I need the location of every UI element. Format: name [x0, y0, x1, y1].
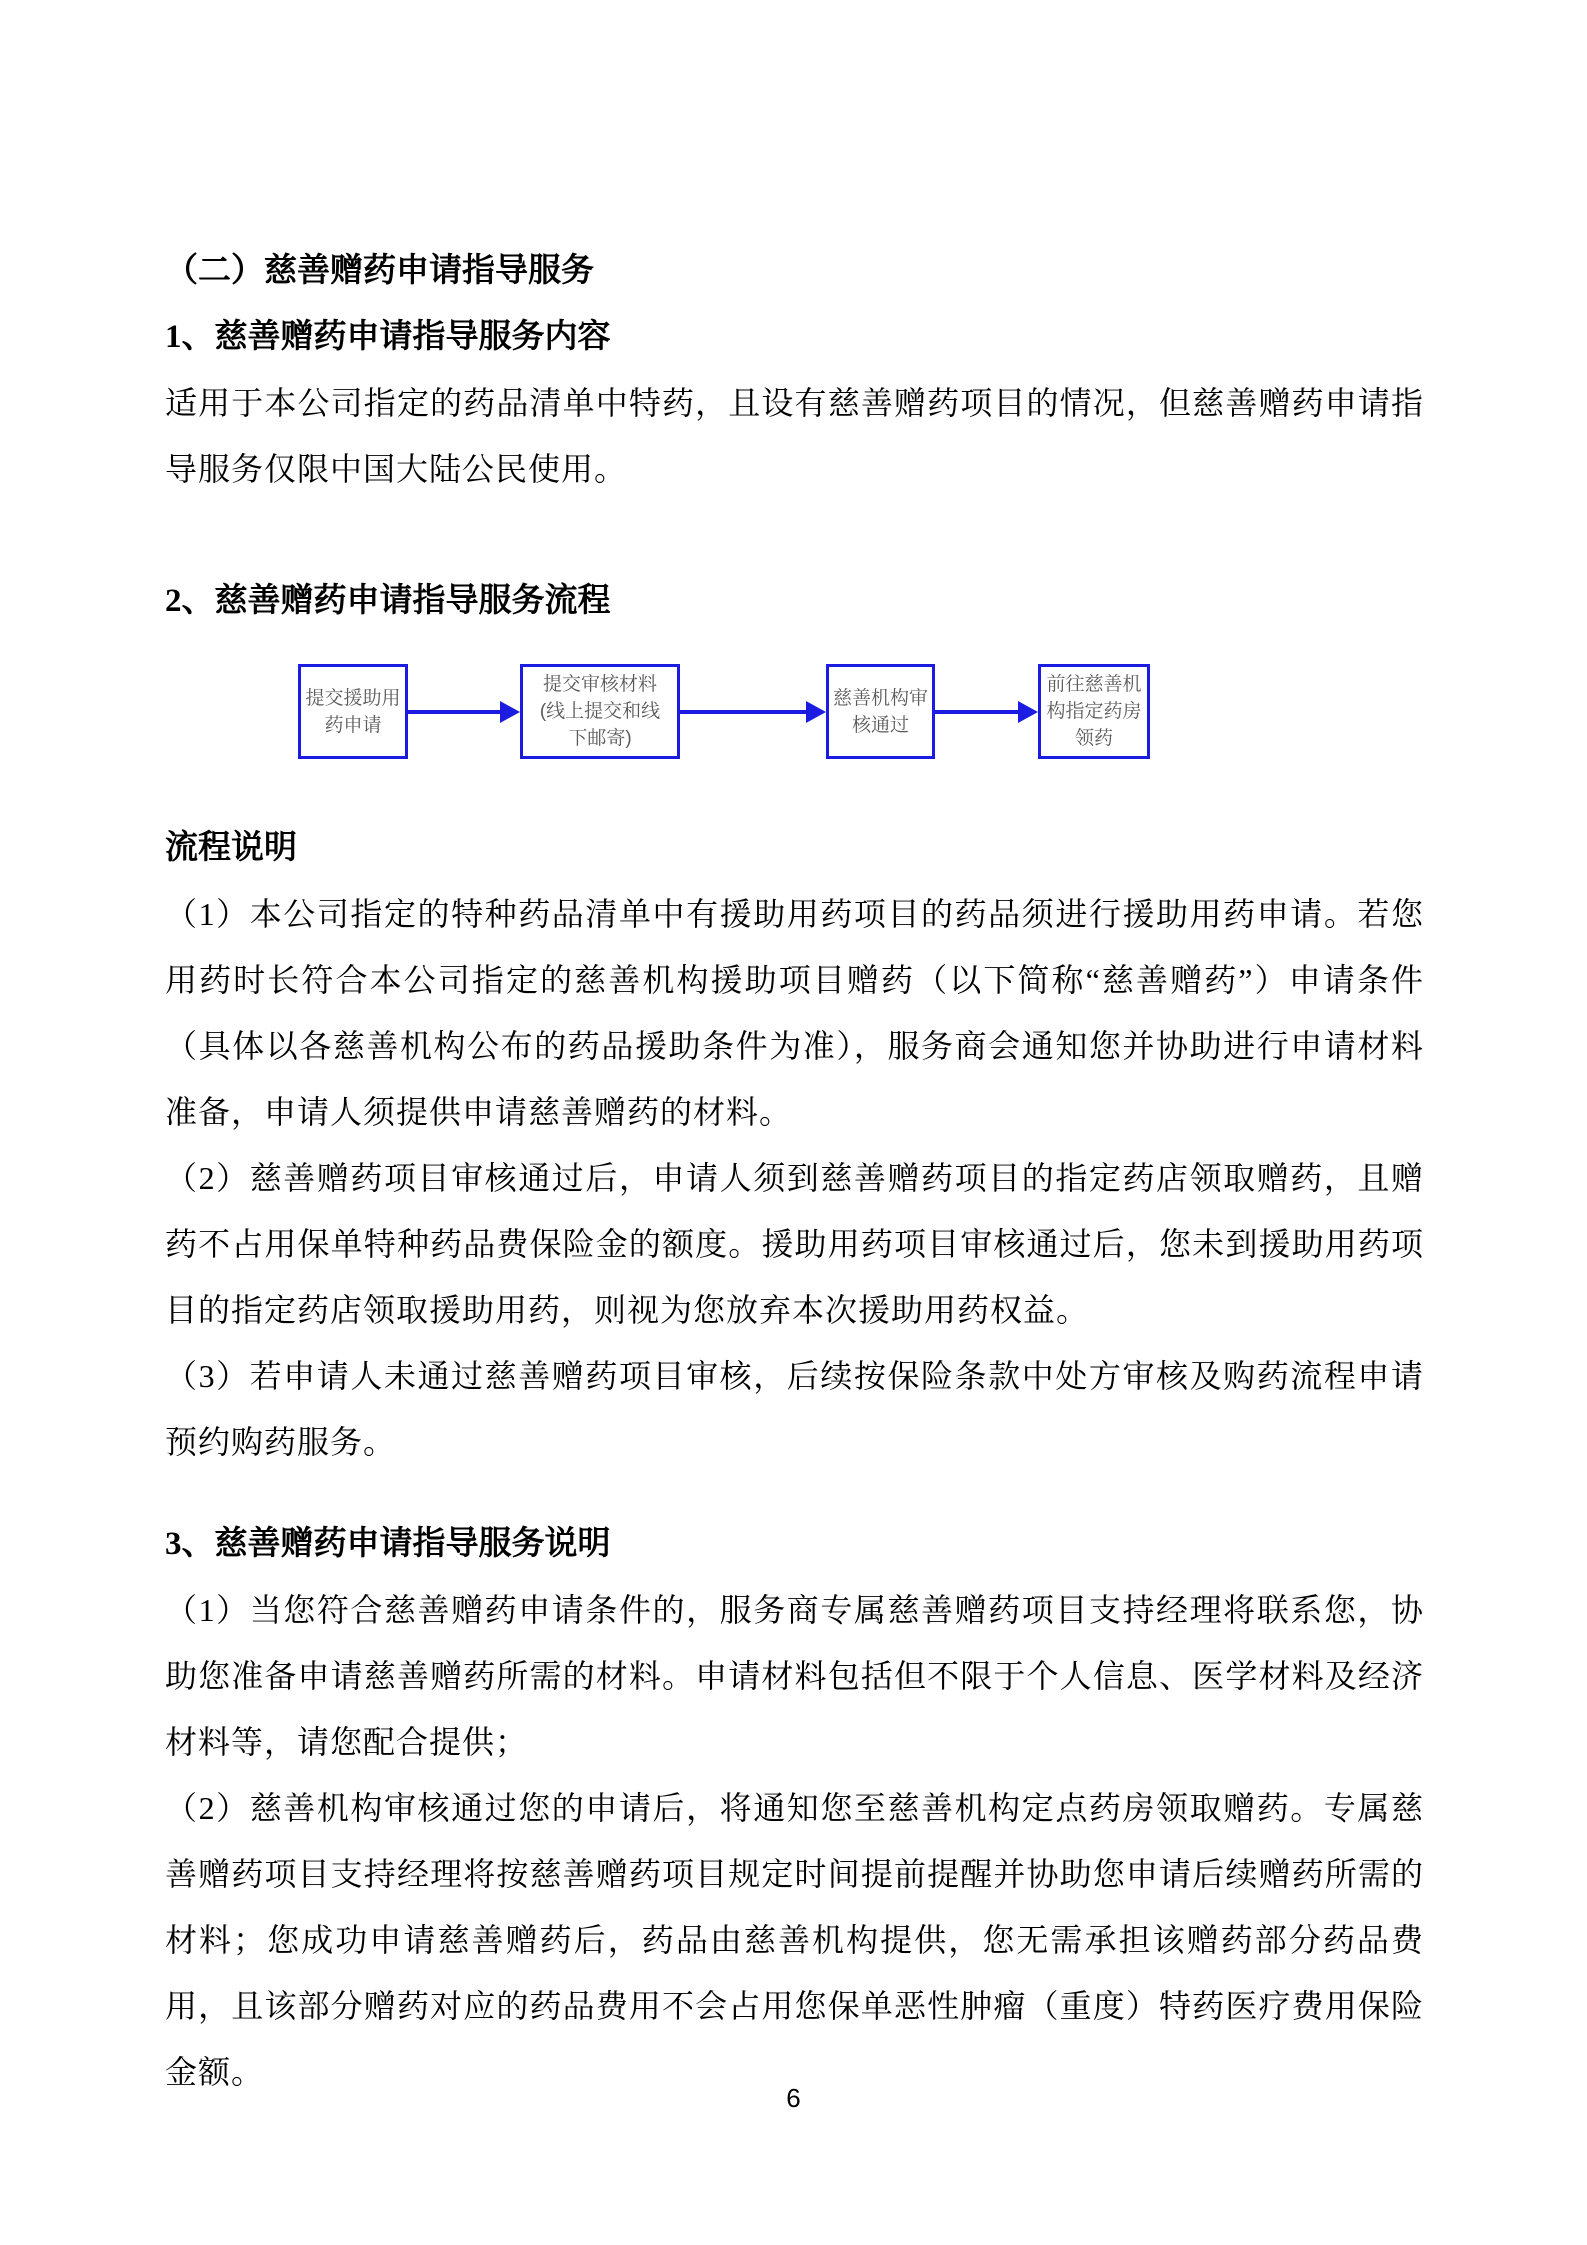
page-content: （二）慈善赠药申请指导服务 1、慈善赠药申请指导服务内容 适用于本公司指定的药品…: [165, 238, 1424, 2105]
sub2-heading: 2、慈善赠药申请指导服务流程: [165, 568, 1424, 634]
document-page: （二）慈善赠药申请指导服务 1、慈善赠药申请指导服务内容 适用于本公司指定的药品…: [0, 0, 1587, 2245]
sub1-body: 适用于本公司指定的药品清单中特药，且设有慈善赠药项目的情况，但慈善赠药申请指导服…: [165, 370, 1424, 502]
arrow-shaft: [408, 710, 500, 714]
section-heading: （二）慈善赠药申请指导服务: [165, 238, 1424, 304]
flow-note-1: （1）本公司指定的特种药品清单中有援助用药项目的药品须进行援助用药申请。若您用药…: [165, 881, 1424, 1145]
flow-step-submit-review-materials: 提交审核材料 (线上提交和线 下邮寄): [520, 664, 680, 759]
arrow-head-icon: [806, 701, 826, 723]
flow-notes-heading: 流程说明: [165, 815, 1424, 881]
arrow-head-icon: [1018, 701, 1038, 723]
arrow-shaft: [680, 710, 806, 714]
arrow-head-icon: [500, 701, 520, 723]
sub1-heading: 1、慈善赠药申请指导服务内容: [165, 304, 1424, 370]
sub3-item-1: （1）当您符合慈善赠药申请条件的，服务商专属慈善赠药项目支持经理将联系您，协助您…: [165, 1577, 1424, 1775]
flow-note-3: （3）若申请人未通过慈善赠药项目审核，后续按保险条款中处方审核及购药流程申请预约…: [165, 1343, 1424, 1475]
arrow-shaft: [935, 710, 1018, 714]
flow-arrow-icon: [935, 701, 1038, 723]
flowchart: 提交援助用 药申请 提交审核材料 (线上提交和线 下邮寄) 慈善机构审 核通过 …: [298, 664, 1424, 759]
flow-step-charity-review-passed: 慈善机构审 核通过: [826, 664, 935, 759]
sub3-item-2: （2）慈善机构审核通过您的申请后，将通知您至慈善机构定点药房领取赠药。专属慈善赠…: [165, 1775, 1424, 2105]
flow-arrow-icon: [408, 701, 520, 723]
flow-note-2: （2）慈善赠药项目审核通过后，申请人须到慈善赠药项目的指定药店领取赠药，且赠药不…: [165, 1145, 1424, 1343]
flow-arrow-icon: [680, 701, 826, 723]
page-number: 6: [0, 2082, 1587, 2114]
flow-step-collect-medicine: 前往慈善机 构指定药房 领药: [1038, 664, 1150, 759]
flow-step-submit-aid-application: 提交援助用 药申请: [298, 664, 408, 759]
sub3-heading: 3、慈善赠药申请指导服务说明: [165, 1511, 1424, 1577]
